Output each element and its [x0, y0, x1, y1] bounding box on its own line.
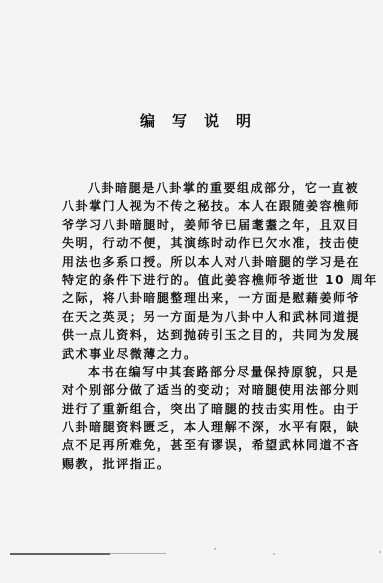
text-line: 供一点儿资料，达到抛砖引玉之目的，共同为发展 [62, 326, 338, 344]
scan-artifact-rule [10, 553, 110, 555]
text-line: 进行了重新组合，突出了暗腿的技击实用性。由于 [62, 400, 338, 418]
scan-speck [273, 553, 275, 555]
text-line: 八卦掌门人视为不传之秘技。本人在跟随姜容樵师 [62, 197, 338, 215]
scan-speck [214, 548, 216, 550]
text-line: 八卦暗腿资料匮乏，本人理解不深，水平有限，缺 [62, 418, 338, 436]
document-body: 八卦暗腿是八卦掌的重要组成部分，它一直被 八卦掌门人视为不传之秘技。本人在跟随姜… [62, 179, 338, 473]
text-line: 爷学习八卦暗腿时，姜师爷已届耄耋之年，且双目 [62, 216, 338, 234]
document-page: 编写说明 八卦暗腿是八卦掌的重要组成部分，它一直被 八卦掌门人视为不传之秘技。本… [0, 0, 383, 583]
text-line: 武术事业尽微薄之力。 [62, 345, 338, 363]
text-line: 在天之英灵；另一方面是为八卦中人和武林同道提 [62, 308, 338, 326]
text-line: 特定的条件下进行的。值此姜容樵师爷逝世 10 周年 [62, 271, 338, 289]
text-line: 点不足再所难免，甚至有谬误，希望武林同道不吝 [62, 436, 338, 454]
text-line: 用法也多系口授。所以本人对八卦暗腿的学习是在 [62, 253, 338, 271]
text-line: 失明，行动不便，其演练时动作已欠水准，技击使 [62, 234, 338, 252]
scan-artifact-rule [110, 553, 166, 554]
page-title: 编写说明 [140, 112, 260, 130]
text-line: 本书在编写中其套路部分尽量保持原貌，只是 [62, 363, 338, 381]
scan-speck [379, 551, 381, 553]
text-line: 对个别部分做了适当的变动；对暗腿使用法部分则 [62, 381, 338, 399]
text-line: 之际，将八卦暗腿整理出来，一方面是慰藉姜师爷 [62, 289, 338, 307]
text-line: 八卦暗腿是八卦掌的重要组成部分，它一直被 [62, 179, 338, 197]
text-line: 赐教，批评指正。 [62, 455, 338, 473]
